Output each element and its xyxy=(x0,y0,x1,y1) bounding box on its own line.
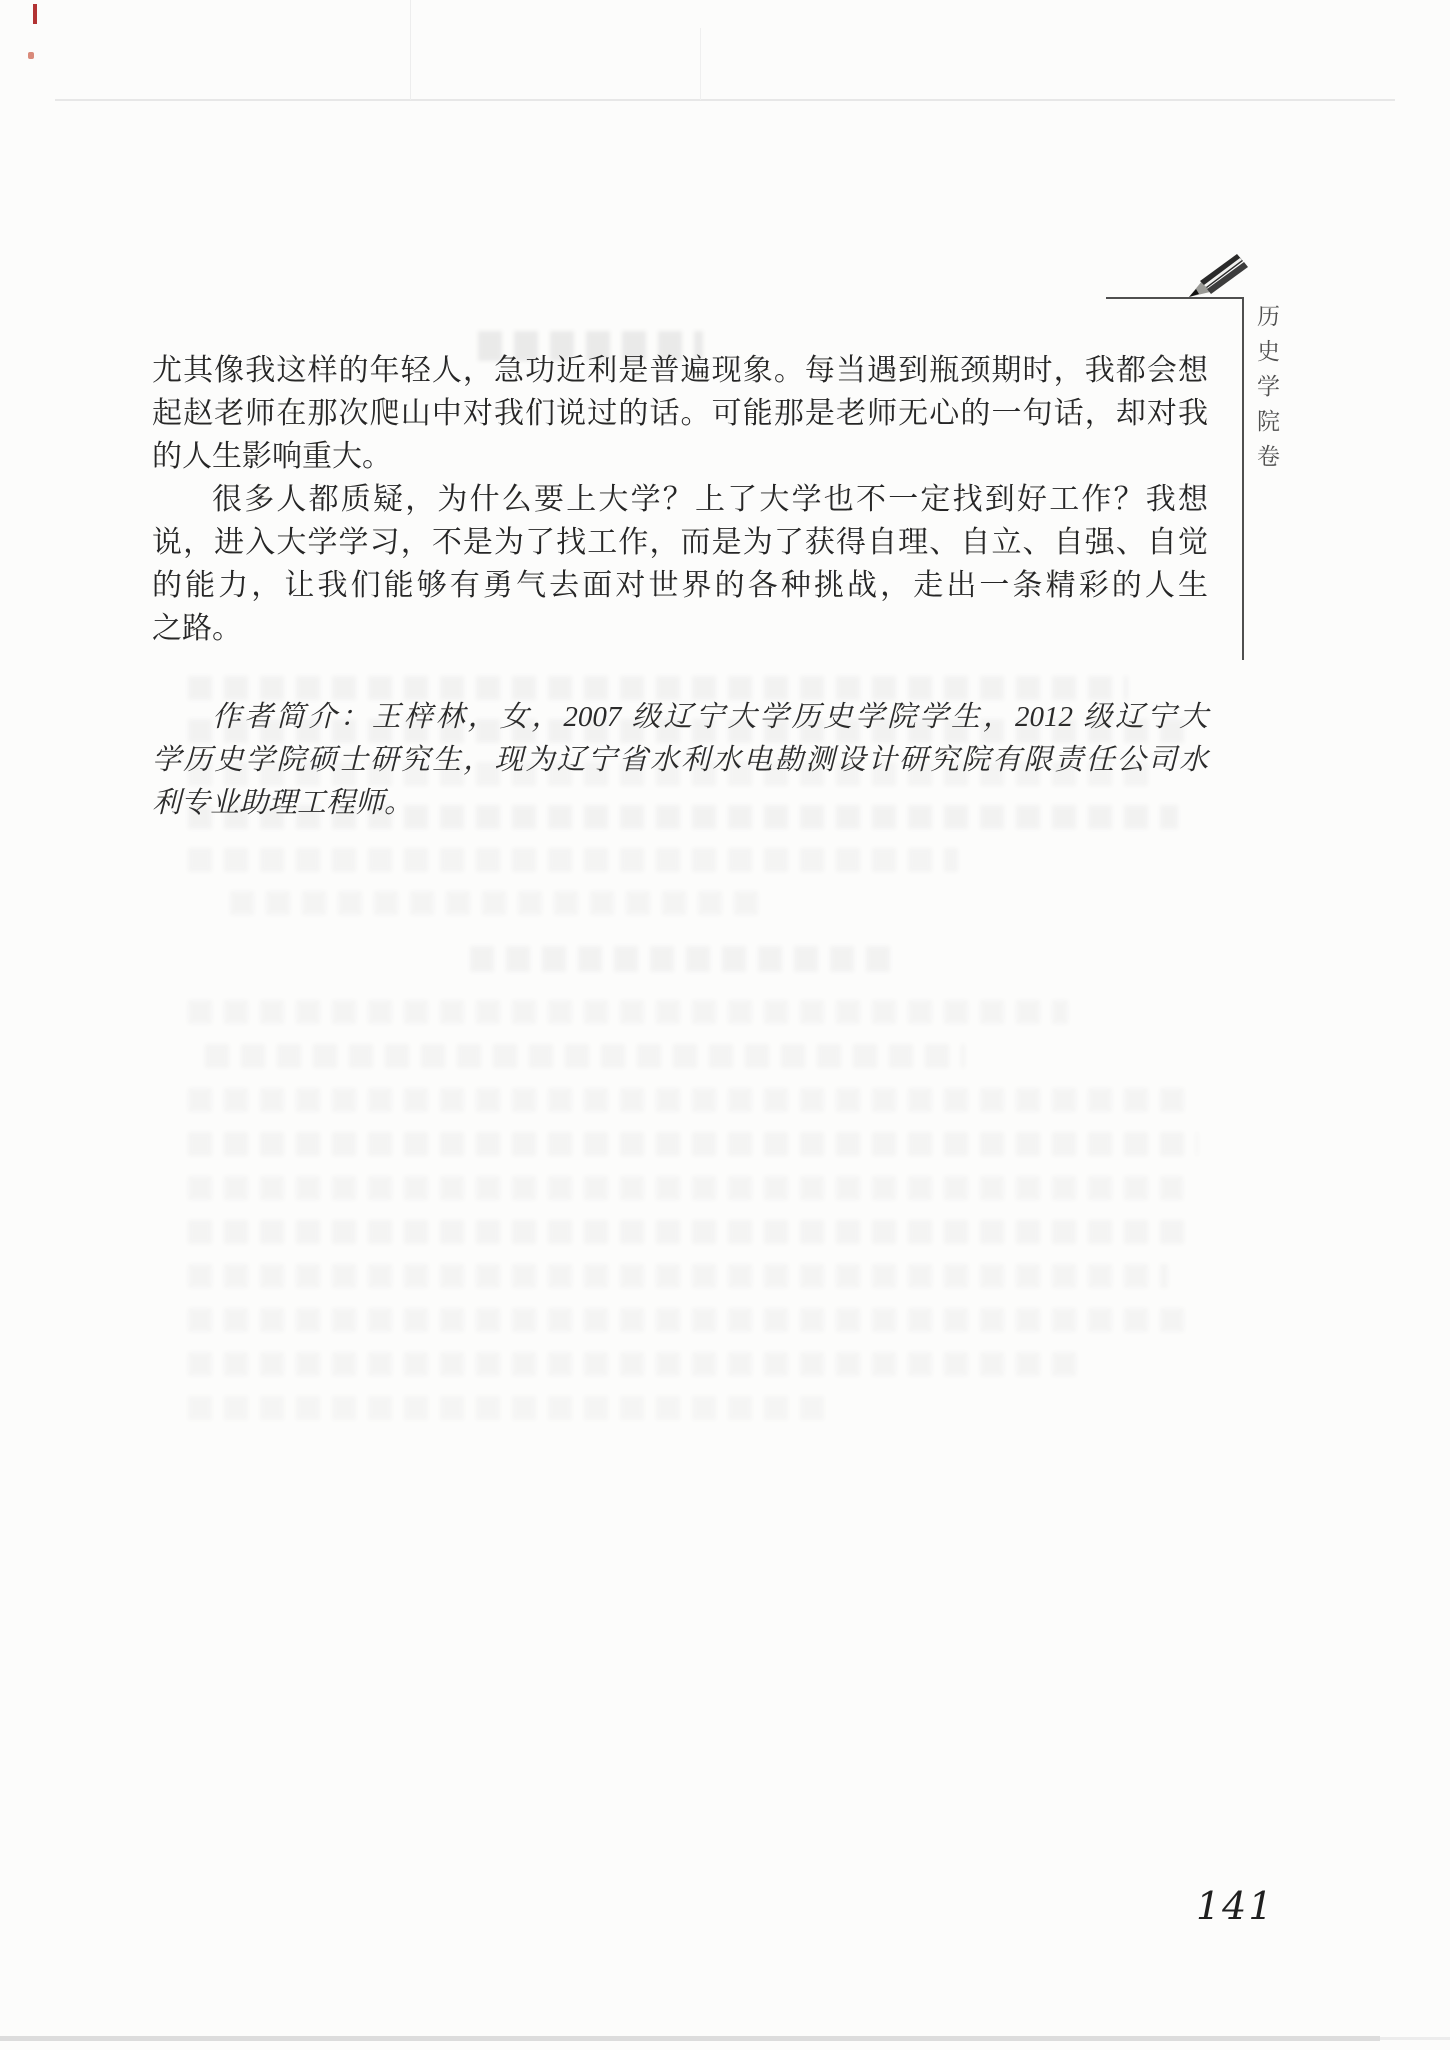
scan-bottom-edge xyxy=(0,2036,1380,2041)
bleedthrough-ghost xyxy=(470,946,890,972)
bleedthrough-ghost xyxy=(188,1308,1188,1332)
bleedthrough-ghost xyxy=(188,1176,1183,1200)
pencil-icon xyxy=(1186,250,1252,300)
text-line: 的人生影响重大。 xyxy=(152,435,1208,478)
bleedthrough-ghost xyxy=(230,891,770,915)
book-page: 历史学院卷 尤其像我这样的年轻人，急功近利是普遍现象。每当遇到瓶颈期时，我都会想… xyxy=(0,0,1450,2050)
paragraph: 很多人都质疑，为什么要上大学？上了大学也不一定找到好工作？我想说，进入大学学习，… xyxy=(152,478,1208,650)
bleedthrough-ghost xyxy=(188,1088,1188,1112)
scan-red-mark xyxy=(28,52,34,59)
scan-red-mark xyxy=(33,4,37,24)
margin-rule-vertical xyxy=(1242,297,1244,660)
bleedthrough-ghost xyxy=(188,1000,1068,1024)
scan-vertical-line xyxy=(700,28,701,100)
margin-rule-horizontal xyxy=(1106,297,1243,299)
text-line: 很多人都质疑，为什么要上大学？上了大学也不一定找到好工作？我想 xyxy=(152,478,1208,521)
bleedthrough-ghost xyxy=(188,1132,1198,1156)
author-bio-line: 利专业助理工程师。 xyxy=(152,782,1208,825)
bleedthrough-ghost xyxy=(188,1396,828,1420)
text-line: 之路。 xyxy=(152,607,1208,650)
bleedthrough-ghost xyxy=(205,1044,965,1068)
bleedthrough-ghost xyxy=(188,1352,1088,1376)
scan-vertical-line xyxy=(410,0,411,100)
author-bio-line: 学历史学院硕士研究生，现为辽宁省水利水电勘测设计研究院有限责任公司水 xyxy=(152,739,1208,782)
bleedthrough-ghost xyxy=(188,1264,1168,1288)
author-bio-line: 作者简介：王梓林，女，2007 级辽宁大学历史学院学生，2012 级辽宁大 xyxy=(152,696,1208,739)
paragraph: 尤其像我这样的年轻人，急功近利是普遍现象。每当遇到瓶颈期时，我都会想起赵老师在那… xyxy=(152,349,1208,478)
scan-bottom-edge xyxy=(1380,2037,1450,2040)
scan-top-rule xyxy=(55,99,1395,101)
author-bio: 作者简介：王梓林，女，2007 级辽宁大学历史学院学生，2012 级辽宁大学历史… xyxy=(152,696,1208,825)
text-line: 说，进入大学学习，不是为了找工作，而是为了获得自理、自立、自强、自觉 xyxy=(152,521,1208,564)
bleedthrough-ghost xyxy=(188,1220,1193,1244)
bleedthrough-ghost xyxy=(188,848,958,872)
edition-label: 历史学院卷 xyxy=(1250,304,1283,479)
text-line: 起赵老师在那次爬山中对我们说过的话。可能那是老师无心的一句话，却对我 xyxy=(152,392,1208,435)
page-number: 141 xyxy=(1196,1884,1275,1928)
text-line: 尤其像我这样的年轻人，急功近利是普遍现象。每当遇到瓶颈期时，我都会想 xyxy=(152,349,1208,392)
main-text: 尤其像我这样的年轻人，急功近利是普遍现象。每当遇到瓶颈期时，我都会想起赵老师在那… xyxy=(152,349,1208,825)
text-line: 的能力，让我们能够有勇气去面对世界的各种挑战，走出一条精彩的人生 xyxy=(152,564,1208,607)
